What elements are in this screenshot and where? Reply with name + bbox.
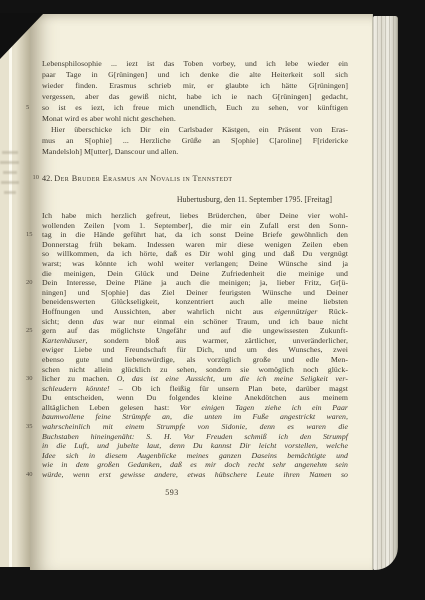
text-line: warst; was könnte ich wohl weiter verlan… xyxy=(42,259,348,269)
roman-text: warst; was könnte ich wohl weiter verlan… xyxy=(42,259,348,268)
line-number: 10 xyxy=(26,174,39,181)
text-line: ningen] und S[ophie] das Ziel Deiner feu… xyxy=(42,288,348,298)
italic-text: Kartenhäuser xyxy=(42,336,85,345)
paragraph-continuation: Lebensphilosophie ... iezt ist das Toben… xyxy=(42,58,348,157)
text-line: wieder finden. Erasmus schrieb mir, er g… xyxy=(42,80,348,91)
roman-text: Hier überschicke ich Dir ein Carlsbader … xyxy=(51,125,348,134)
line-number: 5 xyxy=(26,102,39,113)
text-line: so willkommen, da ich hörte, daß es Dir … xyxy=(42,249,348,259)
text-block: Lebensphilosophie ... iezt ist das Toben… xyxy=(42,14,348,570)
roman-text: die meinigen, Dein Glück und Deine Zufri… xyxy=(42,269,348,278)
letter-heading: 10 42. Der Bruder Erasmus an Novalis in … xyxy=(42,174,348,183)
roman-text: war nur einmal ein schöner Traum, und ic… xyxy=(104,317,348,326)
line-number: 40 xyxy=(26,470,39,480)
roman-text: schen nicht allein glücklich zu sehen, s… xyxy=(42,365,348,374)
gutter-shadow xyxy=(16,14,30,567)
text-line: Hier überschicke ich Dir ein Carlsbader … xyxy=(42,124,348,135)
roman-text: paar Tage in G[rüningen] und ich denke d… xyxy=(42,70,348,79)
text-line: Hoffnungen und Aussichten, aber wahrlich… xyxy=(42,307,348,317)
line-number: 35 xyxy=(26,422,39,432)
line-number: 30 xyxy=(26,374,39,384)
text-line: beneidenswerten Glückseligkeit, konzentr… xyxy=(42,297,348,307)
roman-text: Ich habe mich herzlich gefreut, liebes B… xyxy=(42,211,348,220)
roman-text: Rück- xyxy=(318,307,348,316)
text-line: Monat wird es aber wohl nicht geschehen. xyxy=(42,113,348,124)
roman-text: so willkommen, da ich hörte, daß es Dir … xyxy=(42,249,348,258)
text-line: Du entscheiden, wenn Du folgendes kleine… xyxy=(42,393,348,403)
roman-text: licher zu machen. xyxy=(42,374,117,383)
text-line: Kartenhäuser, sondern bloß aus warmer, z… xyxy=(42,336,348,346)
text-line: wollenden Zeilen [vom 1. September], die… xyxy=(42,221,348,231)
text-line: 25gern auf das möglichste Ungefähr und a… xyxy=(42,326,348,336)
roman-text: Hoffnungen und Aussichten, aber wahrlich… xyxy=(42,307,274,316)
roman-text: Mandelsloh] M[utter], Danscour und allen… xyxy=(42,147,178,156)
italic-text: O, das ist eine Aussicht, um die ich mei… xyxy=(117,374,348,383)
roman-text: tag in die Hände geführt hat, da ich son… xyxy=(42,230,348,239)
roman-text: Du entscheiden, wenn Du folgendes kleine… xyxy=(42,393,348,402)
italic-text: Buchstaben hineingenäht: S. H. Vor Freud… xyxy=(42,432,348,441)
text-line: Buchstaben hineingenäht: S. H. Vor Freud… xyxy=(42,432,348,442)
italic-text: das xyxy=(93,317,104,326)
roman-text: ebenso gute und liebenswürdige, als vorz… xyxy=(42,355,348,364)
text-line: sicht; denn das war nur einmal ein schön… xyxy=(42,317,348,327)
left-page-sliver xyxy=(0,14,30,567)
roman-text: Monat wird es aber wohl nicht geschehen. xyxy=(42,114,176,123)
ghost-line xyxy=(4,191,16,194)
text-line: in die Luft, und jubelte laut, denn Du k… xyxy=(42,441,348,451)
text-line: 15tag in die Hände geführt hat, da ich s… xyxy=(42,230,348,240)
italic-text: eigennütziger xyxy=(274,307,317,316)
roman-text: sicht; denn xyxy=(42,317,93,326)
roman-text: Donnerstag früh bekam. Indessen waren mi… xyxy=(42,240,348,249)
page-edge-stack xyxy=(373,16,398,570)
text-line: Mandelsloh] M[utter], Danscour und allen… xyxy=(42,146,348,157)
roman-text: Dein Interesse, Deine Pläne ja auch die … xyxy=(42,278,348,287)
text-line: 5so ist es iezt, ich freue mich unendlic… xyxy=(42,102,348,113)
roman-text: Lebensphilosophie ... iezt ist das Toben… xyxy=(42,59,348,68)
book-page: Lebensphilosophie ... iezt ist das Toben… xyxy=(30,14,373,570)
text-line: schleudern könnte! – Ob ich fleißig für … xyxy=(42,384,348,394)
book-photo: Lebensphilosophie ... iezt ist das Toben… xyxy=(0,0,425,600)
text-line: ewiger Liebe und Freundschaft für Dich, … xyxy=(42,345,348,355)
text-line: Donnerstag früh bekam. Indessen waren mi… xyxy=(42,240,348,250)
roman-text: wieder finden. Erasmus schrieb mir, er g… xyxy=(42,81,348,90)
italic-text: Vor einigen Tagen ziehe ich ein Paar xyxy=(180,403,348,412)
roman-text: mus an S[ophie] ... Herzliche Grüße an S… xyxy=(42,136,348,145)
heading-title: Der Bruder Erasmus an Novalis in Tennste… xyxy=(54,174,232,183)
roman-text: vergessen, aber das gewiß nicht, habe ic… xyxy=(42,92,348,101)
text-line: 35wahrscheinlich mit einem Strumpfe von … xyxy=(42,422,348,432)
roman-text: ewiger Liebe und Freundschaft für Dich, … xyxy=(42,345,348,354)
letter-body: Ich habe mich herzlich gefreut, liebes B… xyxy=(42,211,348,480)
left-page-edge-highlight xyxy=(9,14,12,567)
italic-text: Idee sich in diesem Augenblicke meines g… xyxy=(42,451,348,460)
ghost-line xyxy=(3,171,17,174)
italic-text: schleudern könnte! xyxy=(42,384,110,393)
roman-text: gern auf das möglichste Ungefähr und auf… xyxy=(42,326,348,335)
text-line: 30licher zu machen. O, das ist eine Auss… xyxy=(42,374,348,384)
text-line: wie in dem großen Gedanken, daß es mir d… xyxy=(42,460,348,470)
roman-text: , sondern bloß aus warmer, zärtlicher, u… xyxy=(85,336,348,345)
text-line: Ich habe mich herzlich gefreut, liebes B… xyxy=(42,211,348,221)
roman-text: – Ob ich fleißig für unsern Plan bete, d… xyxy=(110,384,348,393)
italic-text: baumwollene feine Strümpfe an, die unten… xyxy=(42,412,348,421)
roman-text: ningen] und S[ophie] das Ziel Deiner feu… xyxy=(42,288,348,297)
text-line: ebenso gute und liebenswürdige, als vorz… xyxy=(42,355,348,365)
text-line: 20Dein Interesse, Deine Pläne ja auch di… xyxy=(42,278,348,288)
text-line: Idee sich in diesem Augenblicke meines g… xyxy=(42,451,348,461)
line-number: 20 xyxy=(26,278,39,288)
italic-text: in die Luft, und jubelte laut, denn Du k… xyxy=(42,441,348,450)
dateline: Hubertusburg, den 11. September 1795. [F… xyxy=(42,195,348,204)
roman-text: alltäglichen Leben gelesen hast: xyxy=(42,403,180,412)
roman-text: wollenden Zeilen [vom 1. September], die… xyxy=(42,221,348,230)
page-number: 593 xyxy=(157,488,187,497)
italic-text: wie in dem großen Gedanken, daß es mir d… xyxy=(42,460,348,469)
italic-text: wahrscheinlich mit einem Strumpfe von Si… xyxy=(42,422,348,431)
text-line: alltäglichen Leben gelesen hast: Vor ein… xyxy=(42,403,348,413)
text-line: vergessen, aber das gewiß nicht, habe ic… xyxy=(42,91,348,102)
text-line: die meinigen, Dein Glück und Deine Zufri… xyxy=(42,269,348,279)
text-line: baumwollene feine Strümpfe an, die unten… xyxy=(42,412,348,422)
line-number: 15 xyxy=(26,230,39,240)
roman-text: beneidenswerten Glückseligkeit, konzentr… xyxy=(42,297,348,306)
text-line: schen nicht allein glücklich zu sehen, s… xyxy=(42,365,348,375)
heading-number: 42. xyxy=(42,174,52,183)
text-line: Lebensphilosophie ... iezt ist das Toben… xyxy=(42,58,348,69)
roman-text: so ist es iezt, ich freue mich unendlich… xyxy=(42,103,348,112)
text-line: paar Tage in G[rüningen] und ich denke d… xyxy=(42,69,348,80)
text-line: mus an S[ophie] ... Herzliche Grüße an S… xyxy=(42,135,348,146)
italic-text: würde, wenn erst gewisse andere, etwas h… xyxy=(42,470,348,479)
top-left-shadow xyxy=(0,13,44,59)
line-number: 25 xyxy=(26,326,39,336)
text-line: 40würde, wenn erst gewisse andere, etwas… xyxy=(42,470,348,480)
